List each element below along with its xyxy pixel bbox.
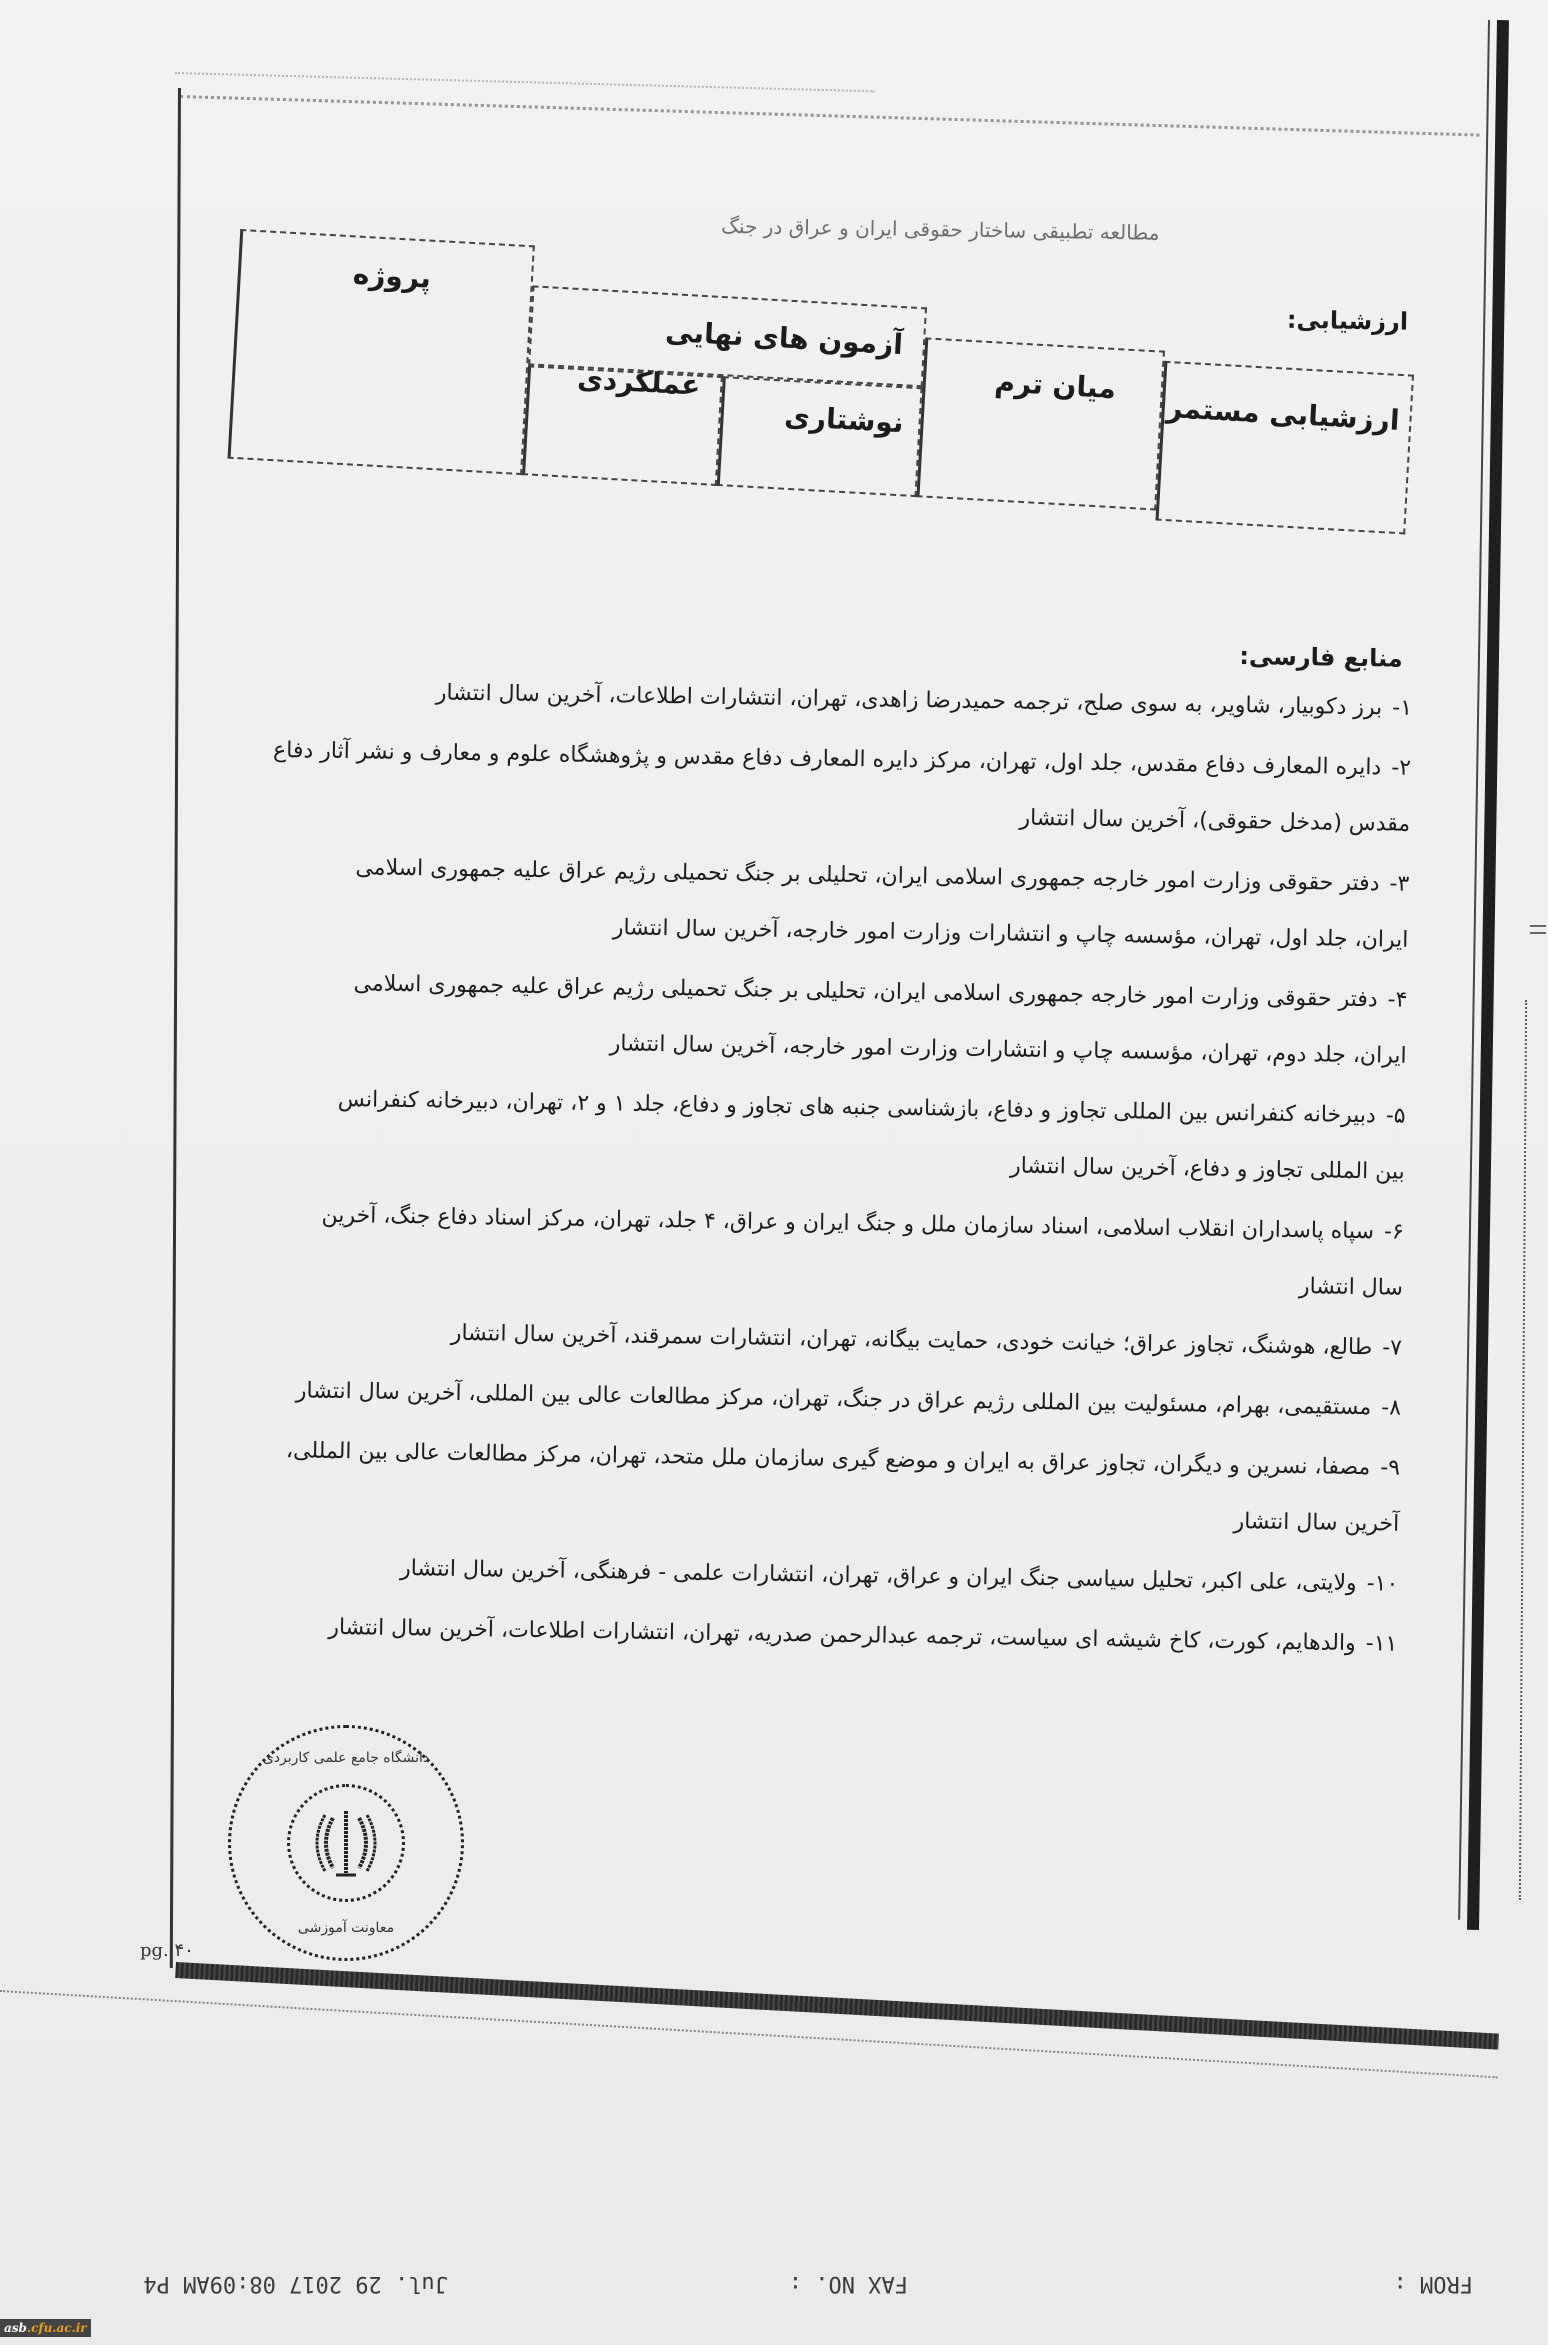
reference-number: ۵- xyxy=(1386,1103,1406,1128)
label-project: پروژه xyxy=(352,257,432,294)
fax-border-top xyxy=(180,95,1480,143)
reference-number: ۷- xyxy=(1382,1335,1402,1360)
reference-item: ۹-مصفا، نسرین و دیگران، تجاوز عراق به ای… xyxy=(219,1431,1400,1544)
watermark-domain: .cfu.ac.ir xyxy=(27,2321,87,2335)
reference-item: ۶-سپاه پاسداران انقلاب اسلامی، اسناد ساز… xyxy=(223,1195,1404,1308)
cell-continuous-assessment: ارزشیابی مستمر xyxy=(1156,361,1415,535)
label-written: نوشتاری xyxy=(784,400,905,440)
reference-text: ولایتی، علی اکبر، تحلیل سیاسی جنگ ایران … xyxy=(400,1556,1357,1596)
reference-item: ۷-طالع، هوشنگ، تجاوز عراق؛ خیانت خودی، ح… xyxy=(222,1311,1402,1368)
site-watermark: asb.cfu.ac.ir xyxy=(0,2319,91,2337)
reference-continuation: مقدس (مدخل حقوقی)، آخرین سال انتشار xyxy=(230,787,1410,844)
reference-continuation: سال انتشار xyxy=(223,1251,1403,1308)
reference-text: طالع، هوشنگ، تجاوز عراق؛ خیانت خودی، حما… xyxy=(451,1321,1373,1360)
evaluation-table: ارزشیابی مستمر میان ترم آزمون های نهایی … xyxy=(228,229,1419,525)
reference-item: ۸-مستقیمی، بهرام، مسئولیت بین المللی رژی… xyxy=(221,1371,1401,1428)
fax-number: FAX NO. : xyxy=(789,2271,908,2296)
reference-continuation: ایران، جلد اول، تهران، مؤسسه چاپ و انتشا… xyxy=(228,903,1408,960)
scanned-page: مطالعه تطبیقی ساختار حقوقی ایران و عراق … xyxy=(0,0,1548,2345)
reference-list: ۱-برز دکوبیار، شاویر، به سوی صلح، ترجمه … xyxy=(217,671,1412,1685)
label-midterm: میان ترم xyxy=(994,365,1117,405)
reference-number: ۸- xyxy=(1381,1395,1401,1420)
reference-item: ۱-برز دکوبیار، شاویر، به سوی صلح، ترجمه … xyxy=(232,671,1412,728)
fax-header-line: FROM : FAX NO. : Jul. 29 2017 08:09AM P4 xyxy=(0,2262,1548,2302)
reference-number: ۱- xyxy=(1392,695,1412,720)
reference-number: ۲- xyxy=(1391,755,1411,780)
reference-text: دایره المعارف دفاع مقدس، جلد اول، تهران،… xyxy=(273,738,1382,780)
reference-text: مستقیمی، بهرام، مسئولیت بین المللی رژیم … xyxy=(296,1378,1372,1420)
fax-datetime: Jul. 29 2017 08:09AM P4 xyxy=(143,2271,448,2296)
reference-continuation: ایران، جلد دوم، تهران، مؤسسه چاپ و انتشا… xyxy=(226,1019,1406,1076)
reference-item: ۱۰-ولایتی، علی اکبر، تحلیل سیاسی جنگ ایر… xyxy=(218,1547,1398,1604)
fax-border-bottom xyxy=(175,1962,1499,2050)
reference-text: دبیرخانه کنفرانس بین المللی تجاوز و دفاع… xyxy=(338,1087,1376,1128)
stamp-top-text: دانشگاه جامع علمی کاربردی xyxy=(231,1750,461,1766)
reference-number: ۶- xyxy=(1384,1219,1404,1244)
reference-number: ۱۱- xyxy=(1366,1631,1398,1656)
reference-continuation: بین المللی تجاوز و دفاع، آخرین سال انتشا… xyxy=(225,1135,1405,1192)
reference-number: ۱۰- xyxy=(1366,1571,1398,1596)
document-body: مطالعه تطبیقی ساختار حقوقی ایران و عراق … xyxy=(230,181,1430,200)
cell-project: پروژه xyxy=(228,229,535,475)
sources-heading: منابع فارسی: xyxy=(1239,642,1403,673)
reference-text: دفتر حقوقی وزارت امور خارجه جمهوری اسلام… xyxy=(353,971,1377,1012)
reference-text: والدهایم، کورت، کاخ شیشه ای سیاست، ترجمه… xyxy=(328,1615,1356,1656)
running-header: مطالعه تطبیقی ساختار حقوقی ایران و عراق … xyxy=(721,214,1160,245)
reference-number: ۳- xyxy=(1389,871,1409,896)
reference-text: دفتر حقوقی وزارت امور خارجه جمهوری اسلام… xyxy=(355,855,1379,896)
reference-item: ۳-دفتر حقوقی وزارت امور خارجه جمهوری اسل… xyxy=(228,847,1409,960)
cell-midterm: میان ترم xyxy=(916,337,1165,510)
reference-item: ۱۱-والدهایم، کورت، کاخ شیشه ای سیاست، تر… xyxy=(217,1607,1397,1664)
reference-item: ۴-دفتر حقوقی وزارت امور خارجه جمهوری اسل… xyxy=(226,963,1407,1076)
iran-emblem-icon xyxy=(290,1787,402,1899)
fax-border-right-dots xyxy=(1519,1000,1527,1900)
cell-practical: عملکردی xyxy=(522,365,723,486)
reference-continuation: آخرین سال انتشار xyxy=(219,1487,1399,1544)
margin-mark xyxy=(1530,925,1546,934)
stamp-inner-ring xyxy=(287,1784,405,1902)
reference-item: ۵-دبیرخانه کنفرانس بین المللی تجاوز و دف… xyxy=(225,1079,1406,1192)
label-final-exams: آزمون های نهایی xyxy=(664,315,903,361)
label-continuous-assessment: ارزشیابی مستمر xyxy=(1166,391,1401,437)
stamp-bottom-text: معاونت آموزشی xyxy=(231,1920,461,1936)
fax-border-left xyxy=(170,88,181,1968)
reference-text: سپاه پاسداران انقلاب اسلامی، اسناد سازما… xyxy=(321,1203,1374,1245)
reference-number: ۴- xyxy=(1387,987,1407,1012)
label-practical: عملکردی xyxy=(577,362,702,402)
reference-text: برز دکوبیار، شاویر، به سوی صلح، ترجمه حم… xyxy=(436,680,1383,720)
reference-text: مصفا، نسرین و دیگران، تجاوز عراق به ایرا… xyxy=(286,1438,1371,1480)
fax-border-top-faint xyxy=(175,72,875,94)
watermark-prefix: asb xyxy=(4,2321,27,2335)
reference-number: ۹- xyxy=(1380,1455,1400,1480)
fax-from: FROM : xyxy=(1394,2271,1473,2296)
reference-item: ۲-دایره المعارف دفاع مقدس، جلد اول، تهرا… xyxy=(230,731,1411,844)
cell-written: نوشتاری xyxy=(717,376,923,497)
official-stamp: دانشگاه جامع علمی کاربردی معاونت آموزشی xyxy=(228,1725,464,1961)
page-number: pg. ۴۰ xyxy=(140,1940,194,1961)
